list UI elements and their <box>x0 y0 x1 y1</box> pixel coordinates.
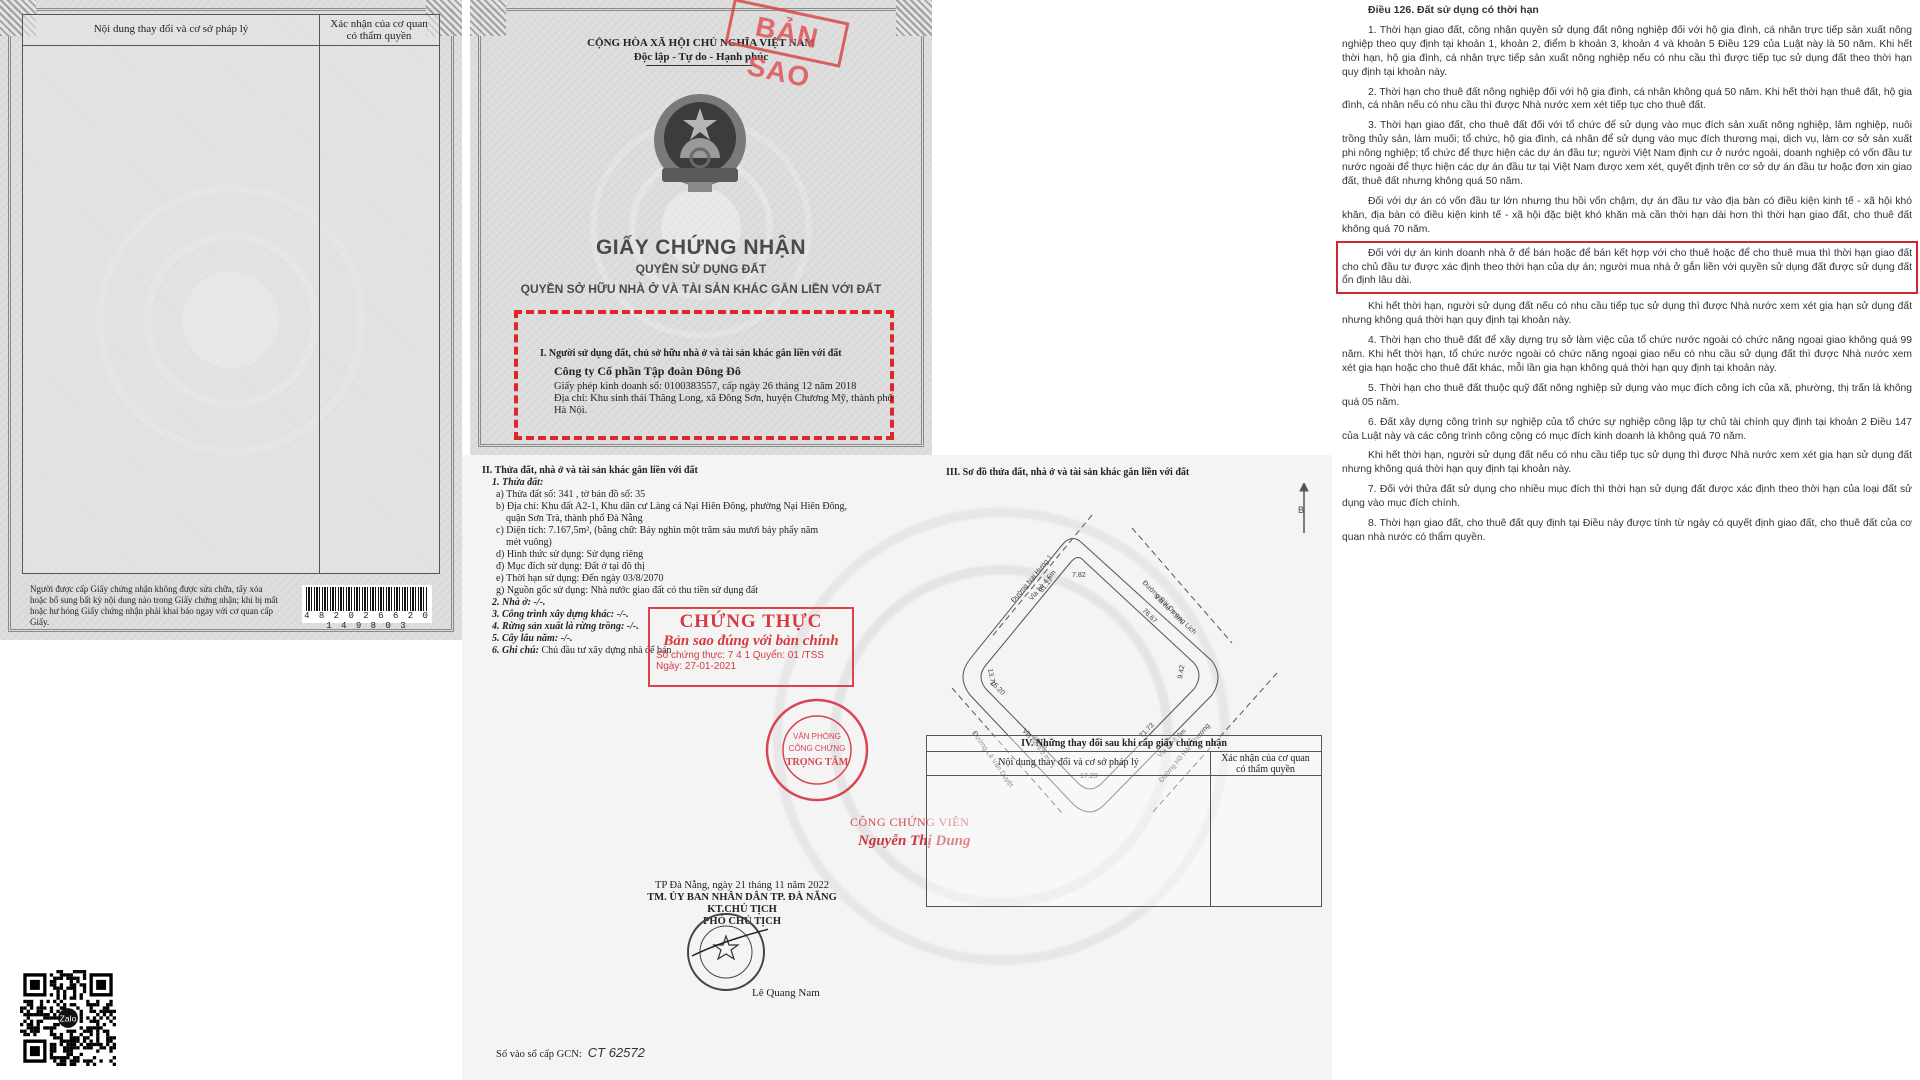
article-paragraph: 7. Đối với thửa đất sử dụng cho nhiều mụ… <box>1342 483 1912 511</box>
svg-text:VĂN PHÒNG: VĂN PHÒNG <box>793 732 841 741</box>
parcel-address: b) Địa chỉ: Khu đất A2-1, Khu dân cư Làn… <box>482 501 902 513</box>
parcel-address: quận Sơn Trà, thành phố Đà Nẵng <box>482 513 902 525</box>
article-paragraph: 3. Thời hạn giao đất, cho thuê đất đối v… <box>1342 119 1912 189</box>
certificate-title-block: GIẤY CHỨNG NHẬN QUYỀN SỬ DỤNG ĐẤT QUYỀN … <box>470 236 932 296</box>
signer-name: Lê Quang Nam <box>752 987 820 999</box>
registry-label: Số vào sổ cấp GCN: <box>496 1049 582 1060</box>
parcel-area: c) Diện tích: 7.167,5m², (bằng chữ: Bảy … <box>482 525 902 537</box>
changes-after-issue-table: IV. Những thay đổi sau khi cấp giấy chứn… <box>926 735 1322 907</box>
svg-text:CÔNG CHỨNG: CÔNG CHỨNG <box>789 744 846 753</box>
motto: Độc lập - Tự do - Hạnh phúc <box>470 50 932 64</box>
article-paragraph: 5. Thời hạn cho thuê đất thuộc quỹ đất n… <box>1342 382 1912 410</box>
stamp-subtitle: Bản sao đúng với bản chính <box>650 633 852 650</box>
article-paragraph: 2. Thời hạn cho thuê đất nông nghiệp đối… <box>1342 86 1912 114</box>
article-paragraph: 6. Đất xây dựng công trình sự nghiệp của… <box>1342 416 1912 444</box>
table-heading: IV. Những thay đổi sau khi cấp giấy chứn… <box>927 736 1321 752</box>
svg-text:13.70: 13.70 <box>986 668 996 687</box>
stamp-date: Ngày: 27-01-2021 <box>650 661 852 672</box>
content-column-header: Nội dung thay đổi và cơ sở pháp lý <box>927 757 1210 768</box>
qr-code: Zalo <box>20 970 116 1066</box>
article-paragraph: 4. Thời hạn cho thuê đất để xây dựng trụ… <box>1342 334 1912 376</box>
usage-term: e) Thời hạn sử dụng: Đến ngày 03/8/2070 <box>482 573 902 585</box>
confirm-column-header: Xác nhận của cơ quan có thẩm quyền <box>1210 753 1321 775</box>
divider <box>23 45 439 46</box>
stamp-title: CHỨNG THỰC <box>650 611 852 633</box>
diagram-heading: III. Sơ đồ thửa đất, nhà ở và tài sản kh… <box>946 467 1189 478</box>
stamp-book-number: Số chứng thực: 7 4 1 Quyển: 01 /TSS <box>650 650 852 661</box>
confirm-header-line: có thẩm quyền <box>319 30 439 42</box>
divider <box>1210 752 1211 906</box>
article-paragraph: Đối với dự án có vốn đầu tư lớn nhưng th… <box>1342 195 1912 237</box>
article-paragraph: 8. Thời hạn giao đất, cho thuê đất quy đ… <box>1342 517 1912 545</box>
changes-table: Nội dung thay đổi và cơ sở pháp lý Xác n… <box>22 14 440 574</box>
table-header-row: Nội dung thay đổi và cơ sở pháp lý Xác n… <box>927 752 1321 776</box>
certificate-back-page: Nội dung thay đổi và cơ sở pháp lý Xác n… <box>0 0 462 640</box>
owner-address: Địa chỉ: Khu sinh thái Thăng Long, xã Đô… <box>554 393 894 405</box>
note-label: 6. Ghi chú: <box>492 645 539 656</box>
state-seal-icon <box>684 910 768 994</box>
certification-stamp: CHỨNG THỰC Bản sao đúng với bản chính Số… <box>648 607 854 687</box>
business-license: Giấy phép kinh doanh số: 0100383557, cấp… <box>554 381 894 393</box>
registry-number: Số vào sổ cấp GCN:CT 62572 <box>496 1045 645 1060</box>
national-emblem-icon <box>640 88 760 198</box>
barcode-number: 4 8 2 0 2 6 6 2 0 1 4 9 8 0 3 <box>302 611 432 631</box>
law-article: Điều 126. Đất sử dụng có thời hạn 1. Thờ… <box>1342 4 1912 551</box>
footer-note: Người được cấp Giấy chứng nhận không đượ… <box>30 584 280 628</box>
issuing-authority: TM. ỦY BAN NHÂN DÂN TP. ĐÀ NẴNG <box>612 892 872 904</box>
barcode: 4 8 2 0 2 6 6 2 0 1 4 9 8 0 3 <box>302 585 432 623</box>
usage-purpose: đ) Mục đích sử dụng: Đất ở tại đô thị <box>482 561 902 573</box>
section-heading: II. Thửa đất, nhà ở và tài sản khác gắn … <box>482 465 902 477</box>
article-paragraphs: 1. Thời hạn giao đất, công nhận quyền sử… <box>1342 24 1912 237</box>
svg-text:9.42: 9.42 <box>1177 665 1186 680</box>
certificate-cover-page: CỘNG HÒA XÃ HỘI CHỦ NGHĨA VIỆT NAM Độc l… <box>470 0 932 455</box>
confirm-header-line: có thẩm quyền <box>1210 764 1321 775</box>
registry-value: CT 62572 <box>588 1045 645 1060</box>
article-paragraph: Khi hết thời hạn, người sử dụng đất nếu … <box>1342 300 1912 328</box>
national-header: CỘNG HÒA XÃ HỘI CHỦ NGHĨA VIỆT NAM Độc l… <box>470 36 932 66</box>
notary-seal-icon: VĂN PHÒNG CÔNG CHỨNG TRỌNG TÂM <box>762 695 872 805</box>
nation-name: CỘNG HÒA XÃ HỘI CHỦ NGHĨA VIỆT NAM <box>470 36 932 50</box>
certificate-subtitle: QUYỀN SỞ HỮU NHÀ Ở VÀ TÀI SẢN KHÁC GẮN L… <box>470 282 932 296</box>
owner-section-heading: I. Người sử dụng đất, chủ sở hữu nhà ở v… <box>540 348 842 359</box>
svg-text:TRỌNG TÂM: TRỌNG TÂM <box>786 756 849 768</box>
confirm-header-line: Xác nhận của cơ quan <box>319 18 439 30</box>
confirm-header-line: Xác nhận của cơ quan <box>1210 753 1321 764</box>
article-paragraphs: Khi hết thời hạn, người sử dụng đất nếu … <box>1342 300 1912 545</box>
owner-highlight-box: I. Người sử dụng đất, chủ sở hữu nhà ở v… <box>514 310 894 440</box>
issue-date: TP Đà Nẵng, ngày 21 tháng 11 năm 2022 <box>612 880 872 892</box>
qr-center-label: Zalo <box>60 1014 77 1024</box>
svg-text:7.82: 7.82 <box>1072 572 1086 579</box>
divider <box>319 15 320 573</box>
article-paragraph: 1. Thời hạn giao đất, công nhận quyền sử… <box>1342 24 1912 80</box>
owner-address: Hà Nội. <box>554 405 894 417</box>
parcel-number: a) Thửa đất số: 341 , tờ bản đồ số: 35 <box>482 489 902 501</box>
owner-company: Công ty Cổ phần Tập đoàn Đông Đô <box>554 364 741 379</box>
corner-ornament <box>896 0 932 36</box>
certificate-title: GIẤY CHỨNG NHẬN <box>470 236 932 260</box>
corner-ornament <box>470 0 506 36</box>
highlighted-paragraph: Đối với dự án kinh doanh nhà ở để bán ho… <box>1342 247 1912 289</box>
usage-origin: g) Nguồn gốc sử dụng: Nhà nước giao đất … <box>482 585 902 597</box>
subsection-heading: 1. Thửa đất: <box>482 477 902 489</box>
certificate-inner-page: II. Thửa đất, nhà ở và tài sản khác gắn … <box>462 455 1332 1080</box>
confirm-column-header: Xác nhận của cơ quan có thẩm quyền <box>319 18 439 42</box>
certificate-subtitle: QUYỀN SỬ DỤNG ĐẤT <box>470 262 932 276</box>
content-column-header: Nội dung thay đổi và cơ sở pháp lý <box>23 23 319 35</box>
parcel-area: mét vuông) <box>482 537 902 549</box>
barcode-bars <box>306 587 428 611</box>
article-title: Điều 126. Đất sử dụng có thời hạn <box>1368 4 1912 18</box>
north-label: B <box>1298 505 1304 515</box>
article-paragraph: Khi hết thời hạn, người sử dụng đất nếu … <box>1342 449 1912 477</box>
usage-form: d) Hình thức sử dụng: Sử dụng riêng <box>482 549 902 561</box>
divider <box>646 65 756 66</box>
